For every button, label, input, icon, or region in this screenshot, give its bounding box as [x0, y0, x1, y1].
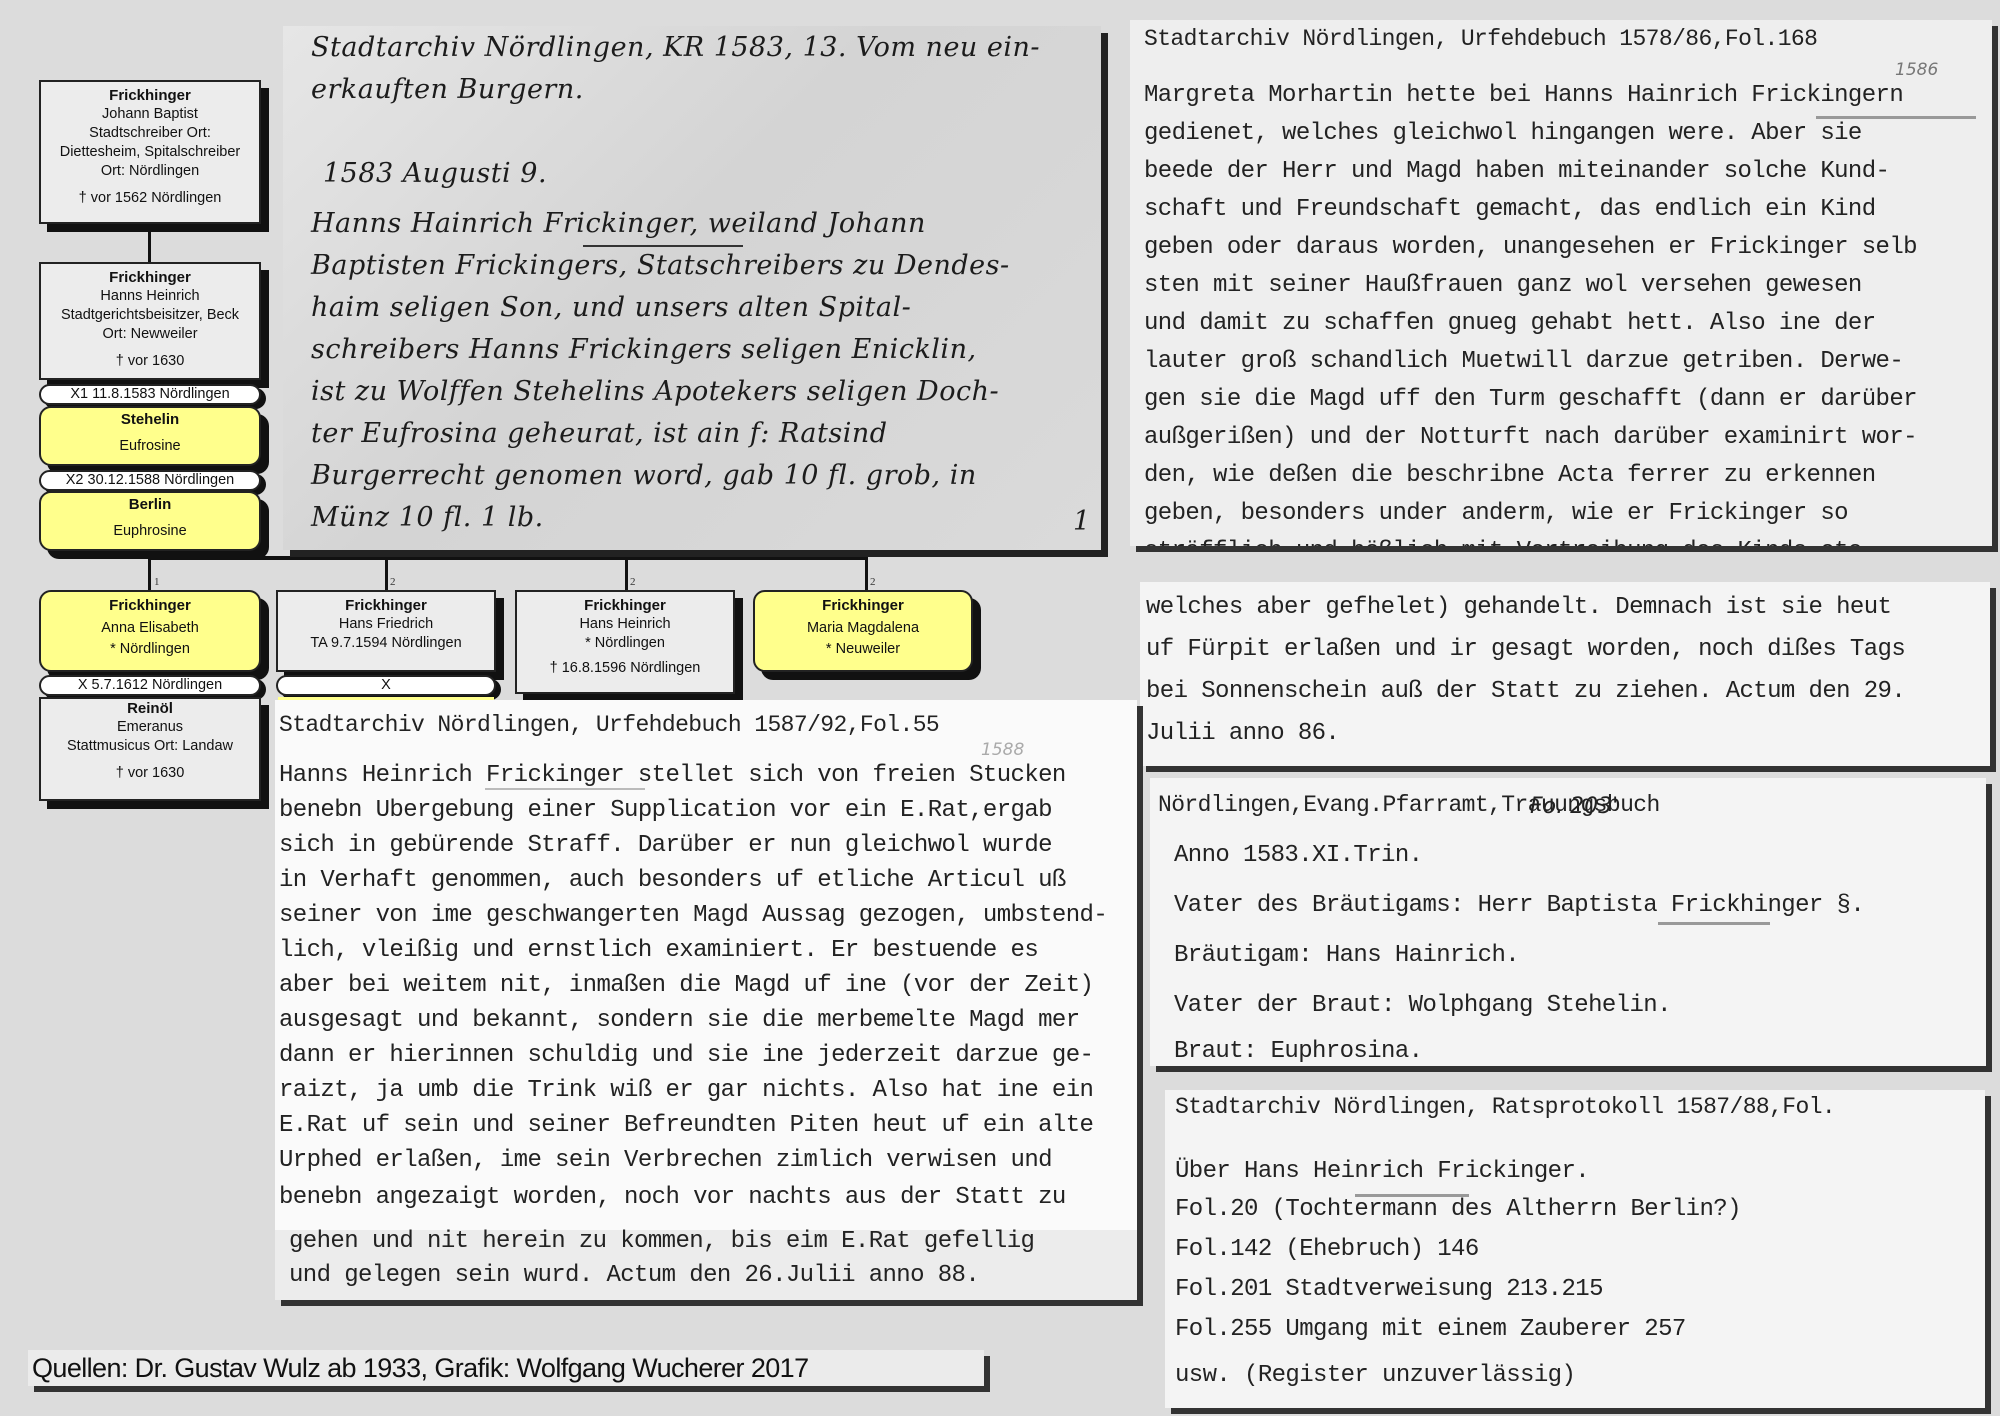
doc-line: gehen und nit herein zu kommen, bis eim …: [289, 1228, 1034, 1255]
occupation-line: Stattmusicus Ort: Landaw: [41, 737, 259, 756]
handwritten-folio-note: Fo. 203': [1530, 794, 1618, 819]
given-name: Hanns Heinrich: [41, 287, 259, 306]
doc-title: Stadtarchiv Nördlingen, Ratsprotokoll 15…: [1175, 1094, 1835, 1120]
person-box-johann-baptist: Frickhinger Johann Baptist Stadtschreibe…: [39, 80, 261, 224]
doc-line: Fol.20 (Tochtermann des Altherrn Berlin?…: [1175, 1196, 1741, 1223]
doc-line: geben, besonders under anderm, wie er Fr…: [1144, 500, 1848, 527]
connector-line: [865, 556, 868, 590]
doc-line: raizt, ja umb die Trink wiß er gar nicht…: [279, 1077, 1093, 1104]
doc-line: und gelegen sein wurd. Actum den 26.Juli…: [289, 1262, 979, 1289]
frickinger-underline: [1355, 1194, 1469, 1197]
marriage-1-label: X1 11.8.1583 Nördlingen: [39, 384, 261, 405]
doc-urfehdebuch-1578-continued: welches aber gefhelet) gehandelt. Demnac…: [1140, 582, 1990, 766]
child-1-marriage-label: X 5.7.1612 Nördlingen: [39, 675, 261, 696]
child-box-anna-elisabeth: Frickhinger Anna Elisabeth * Nördlingen: [39, 590, 261, 672]
doc-line: lauter groß schandlich Muetwill darzue g…: [1144, 348, 1903, 375]
doc-ratsprotokoll: Stadtarchiv Nördlingen, Ratsprotokoll 15…: [1165, 1090, 1985, 1408]
given-name: Hans Friedrich: [278, 615, 494, 634]
given-name: Hans Heinrich: [517, 615, 733, 634]
doc-line: beede der Herr und Magd haben miteinande…: [1144, 158, 1889, 185]
manuscript-line: erkauften Burgern.: [311, 74, 584, 105]
given-name: Anna Elisabeth: [41, 619, 259, 638]
death-date: † vor 1562 Nördlingen: [41, 189, 259, 208]
occupation-line: Stadtschreiber Ort:: [41, 124, 259, 143]
spouse-box-stehelin: Stehelin Eufrosine: [39, 406, 261, 466]
occupation-line: Ort: Nördlingen: [41, 162, 259, 181]
baptism-date: TA 9.7.1594 Nördlingen: [278, 634, 494, 653]
manuscript-line: Hanns Hainrich Frickinger, weiland Johan…: [311, 208, 926, 239]
doc-line: Über Hans Heinrich Frickinger.: [1175, 1158, 1589, 1185]
death-date: † vor 1630: [41, 764, 259, 783]
surname: Berlin: [41, 495, 259, 514]
doc-line: Fol.201 Stadtverweisung 213.215: [1175, 1276, 1603, 1303]
spouse-box-berlin: Berlin Euphrosine: [39, 491, 261, 551]
death-date: † vor 1630: [41, 352, 259, 371]
doc-line: Vater des Bräutigams: Herr Baptista Fric…: [1174, 892, 1864, 919]
surname: Frickhinger: [41, 596, 259, 615]
child-number: 1: [154, 576, 160, 588]
child-box-hans-heinrich: Frickhinger Hans Heinrich * Nördlingen †…: [515, 590, 735, 694]
doc-line: Urphed erlaßen, ime sein Verbrechen ziml…: [279, 1147, 1052, 1174]
manuscript-kr-1583: Stadtarchiv Nördlingen, KR 1583, 13. Vom…: [283, 26, 1101, 550]
doc-line: in Verhaft genommen, auch besonders uf e…: [279, 867, 1066, 894]
frickinger-underline: [485, 788, 645, 790]
given-name: Eufrosine: [41, 437, 259, 456]
manuscript-line: ter Eufrosina geheurat, ist ain f: Ratsi…: [311, 418, 888, 449]
child-2-marriage-label: X: [276, 675, 496, 696]
surname: Frickhinger: [278, 596, 494, 615]
source-caption: Quellen: Dr. Gustav Wulz ab 1933, Grafik…: [28, 1350, 984, 1386]
given-name: Johann Baptist: [41, 105, 259, 124]
doc-line: sträfflich und bößlich mit Vertreibung d…: [1144, 538, 1889, 546]
doc-line: ausgesagt und bekannt, sondern sie die m…: [279, 1007, 1080, 1034]
child-number: 2: [630, 576, 636, 588]
doc-line: Braut: Euphrosina.: [1174, 1038, 1422, 1065]
death-date: † 16.8.1596 Nördlingen: [517, 659, 733, 678]
doc-line: sich in gebürende Straff. Darüber er nun…: [279, 832, 1052, 859]
handwritten-year-note: 1586: [1895, 60, 1938, 80]
spouse-box-reinoel: Reinöl Emeranus Stattmusicus Ort: Landaw…: [39, 697, 261, 801]
occupation-line: Ort: Newweiler: [41, 325, 259, 344]
occupation-line: Diettesheim, Spitalschreiber: [41, 143, 259, 162]
doc-line: Hanns Heinrich Frickinger stellet sich v…: [279, 762, 1066, 789]
frickhinger-underline: [1658, 922, 1770, 925]
surname: Frickhinger: [41, 86, 259, 105]
manuscript-line: 1583 Augusti 9.: [323, 158, 547, 189]
doc-line: sten mit seiner Haußfrauen ganz wol vers…: [1144, 272, 1862, 299]
doc-line: außgerißen) und der Notturft nach darübe…: [1144, 424, 1917, 451]
doc-line: E.Rat uf sein und seiner Befreundten Pit…: [279, 1112, 1093, 1139]
given-name: Emeranus: [41, 718, 259, 737]
person-box-hanns-heinrich: Frickhinger Hanns Heinrich Stadtgerichts…: [39, 262, 261, 380]
doc-line: gen sie die Magd uff den Turm geschafft …: [1144, 386, 1917, 413]
doc-title: Stadtarchiv Nördlingen, Urfehdebuch 1587…: [279, 712, 939, 738]
doc-line: Bräutigam: Hans Hainrich.: [1174, 942, 1519, 969]
occupation-line: Stadtgerichtsbeisitzer, Beck: [41, 306, 259, 325]
page-mark: 1: [1073, 506, 1091, 537]
child-box-hans-friedrich: Frickhinger Hans Friedrich TA 9.7.1594 N…: [276, 590, 496, 672]
manuscript-line: Münz 10 fl. 1 lb.: [311, 502, 544, 533]
frickingern-underline: [1816, 116, 1976, 119]
doc-line: benebn Ubergebung einer Supplication vor…: [279, 797, 1052, 824]
marriage-2-label: X2 30.12.1588 Nördlingen: [39, 470, 261, 491]
surname: Frickhinger: [41, 268, 259, 287]
manuscript-line: ist zu Wolffen Stehelins Apotekers selig…: [311, 376, 999, 407]
connector-line: [148, 232, 151, 262]
surname: Frickhinger: [517, 596, 733, 615]
doc-urfehdebuch-1578: Stadtarchiv Nördlingen, Urfehdebuch 1578…: [1130, 20, 1992, 546]
child-number: 2: [870, 576, 876, 588]
birth-place: * Neuweiler: [755, 640, 971, 659]
doc-line: bei Sonnenschein auß der Statt zu ziehen…: [1146, 678, 1905, 705]
manuscript-line: haim seligen Son, und unsers alten Spita…: [311, 292, 911, 323]
doc-line: Julii anno 86.: [1146, 720, 1339, 747]
manuscript-line: schreibers Hanns Frickingers seligen Eni…: [311, 334, 977, 365]
doc-line: den, wie deßen die beschribne Acta ferre…: [1144, 462, 1876, 489]
doc-line: dann er hierinnen schuldig und sie ine j…: [279, 1042, 1093, 1069]
connector-line: [385, 556, 388, 590]
surname: Stehelin: [41, 410, 259, 429]
connector-line: [625, 556, 628, 590]
child-number: 2: [390, 576, 396, 588]
doc-line: geben oder daraus worden, unangesehen er…: [1144, 234, 1917, 261]
doc-line: welches aber gefhelet) gehandelt. Demnac…: [1146, 594, 1891, 621]
given-name: Euphrosine: [41, 522, 259, 541]
doc-line: aber bei weitem nit, inmaßen die Magd uf…: [279, 972, 1093, 999]
doc-line: seiner von ime geschwangerten Magd Aussa…: [279, 902, 1107, 929]
doc-urfehdebuch-1587: Stadtarchiv Nördlingen, Urfehdebuch 1587…: [275, 700, 1137, 1300]
doc-line: lich, vleißig und ernstlich examiniert. …: [279, 937, 1038, 964]
doc-line: und damit zu schaffen gnueg gehabt hett.…: [1144, 310, 1876, 337]
surname: Reinöl: [41, 699, 259, 718]
doc-line: Fol.142 (Ehebruch) 146: [1175, 1236, 1479, 1263]
child-box-maria-magdalena: Frickhinger Maria Magdalena * Neuweiler: [753, 590, 973, 672]
birth-place: * Nördlingen: [41, 640, 259, 659]
handwritten-year-note: 1588: [981, 740, 1024, 760]
doc-title: Stadtarchiv Nördlingen, Urfehdebuch 1578…: [1144, 26, 1817, 52]
manuscript-line: Burgerrecht genomen word, gab 10 fl. gro…: [311, 460, 977, 491]
doc-line: Margreta Morhartin hette bei Hanns Hainr…: [1144, 82, 1903, 109]
birth-place: * Nördlingen: [517, 634, 733, 653]
children-bar: [148, 556, 868, 560]
doc-line: uf Fürpit erlaßen und ir gesagt worden, …: [1146, 636, 1905, 663]
doc-line: benebn angezaigt worden, noch vor nachts…: [279, 1184, 1066, 1211]
manuscript-line: Stadtarchiv Nördlingen, KR 1583, 13. Vom…: [311, 32, 1040, 63]
doc-trauungsbuch: Nördlingen,Evang.Pfarramt,Trauungsbuch F…: [1150, 778, 1986, 1066]
doc-line: usw. (Register unzuverlässig): [1175, 1362, 1575, 1389]
given-name: Maria Magdalena: [755, 619, 971, 638]
doc-line: gedienet, welches gleichwol hingangen we…: [1144, 120, 1862, 147]
surname: Frickhinger: [755, 596, 971, 615]
connector-line: [148, 558, 151, 590]
doc-line: schaft und Freundschaft gemacht, das end…: [1144, 196, 1876, 223]
manuscript-line: Baptisten Frickingers, Statschreibers zu…: [311, 250, 1010, 281]
doc-line: Anno 1583.XI.Trin.: [1174, 842, 1422, 869]
frickinger-underline: [583, 245, 743, 247]
doc-line: Fol.255 Umgang mit einem Zauberer 257: [1175, 1316, 1686, 1343]
doc-line: Vater der Braut: Wolphgang Stehelin.: [1174, 992, 1671, 1019]
